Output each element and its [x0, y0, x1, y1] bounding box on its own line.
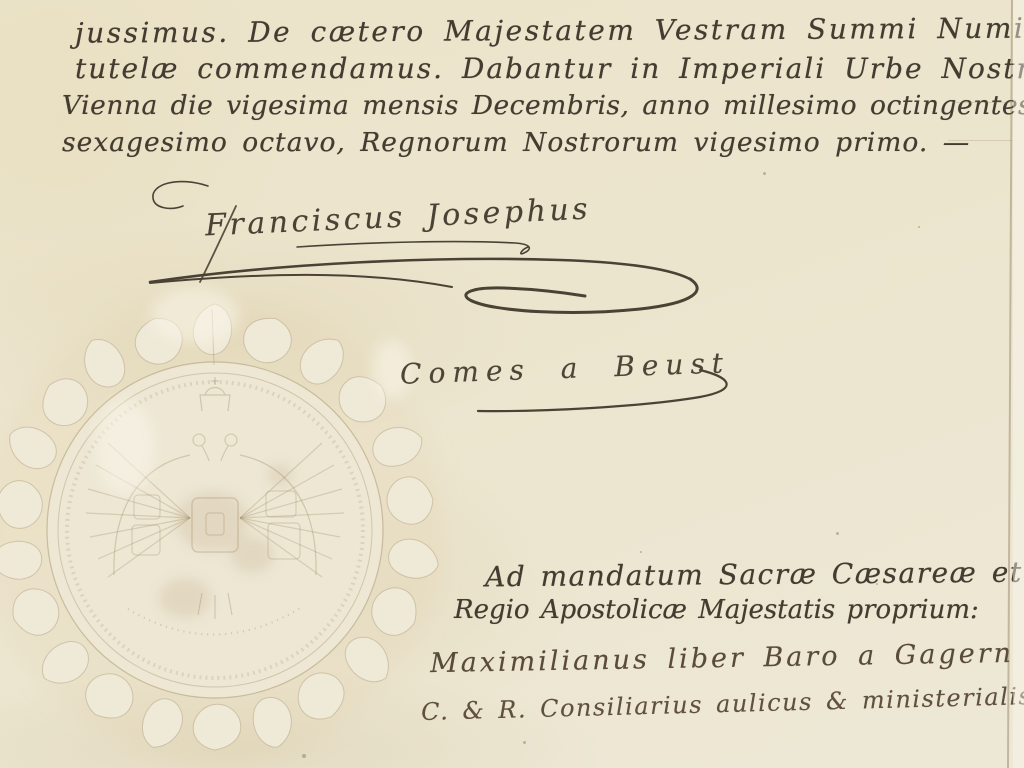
foxing-speck	[640, 551, 642, 553]
body-line-2: tutelæ commendamus. Dabantur in Imperial…	[75, 52, 1024, 85]
foxing-speck	[836, 532, 839, 535]
grand-flourish-top	[150, 259, 690, 282]
manuscript-page: jussimus. De cætero Majestatem Vestram S…	[0, 0, 1024, 768]
body-line-1: jussimus. De cætero Majestatem Vestram S…	[75, 11, 1024, 49]
countersign-name: Maximilianus liber Baro a Gagern	[430, 638, 1014, 679]
emperor-signature: Franciscus Josephus	[204, 192, 591, 244]
grand-flourish-loop	[466, 279, 697, 312]
edge-crease	[952, 102, 1012, 103]
body-line-4: sexagesimo octavo, Regnorum Nostrorum vi…	[62, 127, 970, 158]
grand-flourish-bottom	[150, 275, 452, 287]
initial-curl	[153, 182, 208, 209]
countersign-title: C. & R. Consiliarius aulicus & ministeri…	[421, 682, 1024, 726]
paper-lift-patch	[150, 288, 240, 343]
foxing-speck	[302, 754, 306, 758]
foxing-speck	[918, 226, 920, 228]
mandate-line-2: Regio Apostolicæ Majestatis proprium:	[454, 595, 979, 625]
mandate-line-1: Ad mandatum Sacræ Cæsareæ et	[485, 556, 1023, 594]
paper-lift-patch	[95, 400, 155, 495]
signature-underline	[297, 242, 529, 254]
foxing-speck	[876, 583, 878, 585]
foxing-speck	[763, 172, 766, 175]
body-line-3: Vienna die vigesima mensis Decembris, an…	[62, 90, 1024, 121]
edge-crease	[948, 140, 1012, 141]
foxing-speck	[523, 741, 526, 744]
page-edge-strip	[1013, 0, 1024, 768]
